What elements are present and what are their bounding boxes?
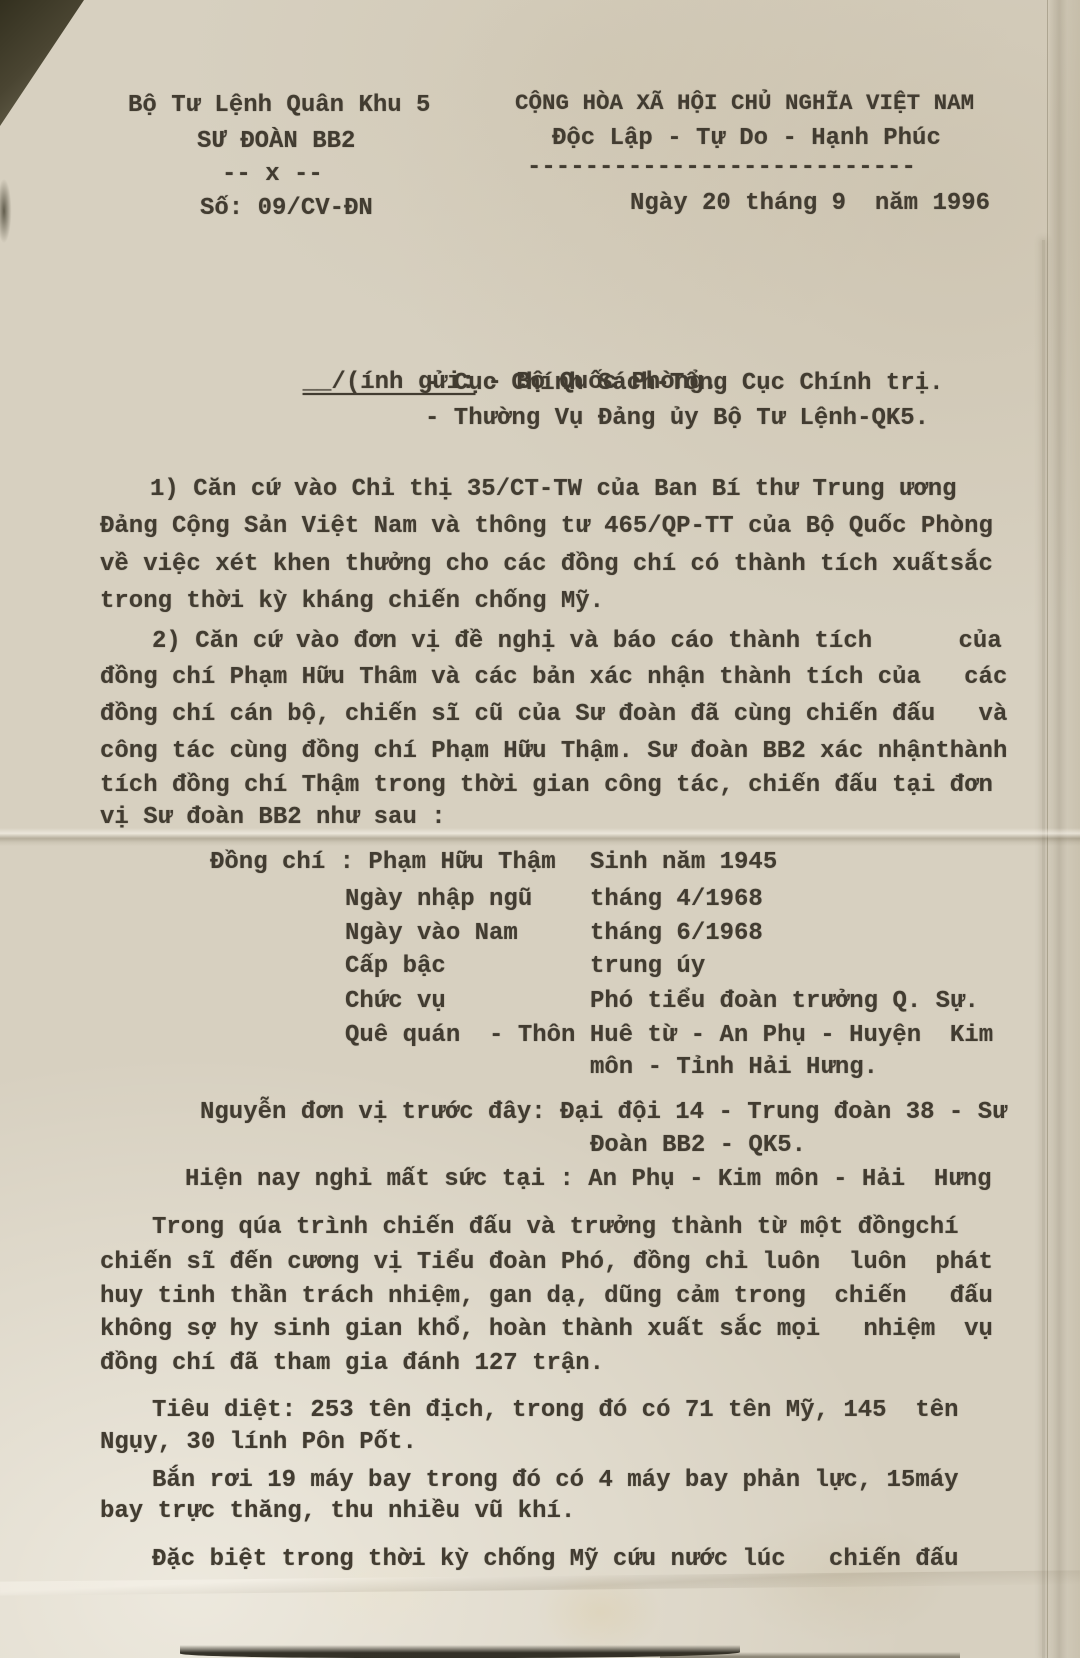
issuing-unit: Bộ Tư Lệnh Quân Khu 5 — [128, 88, 430, 123]
para2-line2: đồng chí Phạm Hữu Thâm và các bản xác nh… — [100, 660, 1007, 695]
separator-mark: -- x -- — [222, 157, 323, 192]
profile-label: Chức vụ — [345, 984, 446, 1019]
para1-line1: 1) Căn cứ vào Chỉ thị 35/CT-TW của Ban B… — [150, 472, 957, 507]
recipients-line: __/(ính gửi:- Bộ Quốc Phòng. — [245, 330, 718, 365]
para3-line5: đồng chí đã tham gia đánh 127 trận. — [100, 1346, 604, 1381]
hometown-line1: Quê quán - Thôn Huê từ - An Phụ - Huyện … — [345, 1018, 993, 1053]
scanned-document: Bộ Tư Lệnh Quân Khu 5 SƯ ĐOÀN BB2 -- x -… — [0, 0, 1080, 1658]
date-line: Ngày 20 tháng 9 năm 1996 — [630, 186, 990, 221]
profile-value: tháng 6/1968 — [590, 916, 763, 951]
profile-row-rank: Cấp bậc trung úy — [0, 949, 1080, 984]
para2-line4: công tác cùng đồng chí Phạm Hữu Thậm. Sư… — [100, 734, 1007, 769]
para1-line3: về việc xét khen thưởng cho các đồng chí… — [100, 547, 993, 582]
para5-line2: bay trực thăng, thu nhiều vũ khí. — [100, 1494, 575, 1529]
para3-line3: huy tinh thần trách nhiệm, gan dạ, dũng … — [100, 1279, 993, 1314]
para3-line2: chiến sĩ đến cương vị Tiểu đoàn Phó, đồn… — [100, 1245, 993, 1280]
hometown-line2: môn - Tỉnh Hải Hưng. — [590, 1050, 878, 1085]
profile-label: Cấp bậc — [345, 949, 446, 984]
profile-row-enlist-date: Ngày nhập ngũ tháng 4/1968 — [0, 882, 1080, 917]
paper-edge-smudge — [0, 168, 14, 254]
profile-value: trung úy — [590, 949, 705, 984]
para5-line1: Bắn rơi 19 máy bay trong đó có 4 máy bay… — [152, 1463, 959, 1498]
para4-line1: Tiêu diệt: 253 tên địch, trong đó có 71 … — [152, 1393, 959, 1428]
profile-label: Ngày vào Nam — [345, 916, 518, 951]
former-unit-line1: Nguyễn đơn vị trước đây: Đại đội 14 - Tr… — [200, 1095, 1007, 1130]
para2-line3: đồng chí cán bộ, chiến sĩ cũ của Sư đoàn… — [100, 697, 1007, 732]
motto-divider: --------------------------- — [527, 150, 916, 185]
para2-line1: 2) Căn cứ vào đơn vị đề nghị và báo cáo … — [152, 624, 1002, 659]
division-name: SƯ ĐOÀN BB2 — [197, 124, 355, 159]
paper-bottom-edge-2 — [660, 1652, 960, 1658]
para3-line4: không sợ hy sinh gian khổ, hoàn thành xu… — [100, 1312, 993, 1347]
para2-line6: vị Sư đoàn BB2 như sau : — [100, 800, 446, 835]
profile-label: Đồng chí : Phạm Hữu Thậm — [210, 845, 556, 880]
paper-bottom-edge — [180, 1645, 740, 1658]
paper-dark-corner — [0, 0, 84, 126]
current-residence: Hiện nay nghỉ mất sức tại : An Phụ - Kim… — [185, 1162, 992, 1197]
profile-value: Sinh năm 1945 — [590, 845, 777, 880]
document-number: Số: 09/CV-ĐN — [200, 191, 373, 226]
profile-row-name: Đồng chí : Phạm Hữu Thậm Sinh năm 1945 — [0, 845, 1080, 880]
national-title: CỘNG HÒA XÃ HỘI CHỦ NGHĨA VIỆT NAM — [515, 86, 974, 121]
recipient-3: - Thường Vụ Đảng ủy Bộ Tư Lệnh-QK5. — [425, 401, 929, 436]
para6-line1: Đặc biệt trong thời kỳ chống Mỹ cứu nước… — [152, 1542, 959, 1577]
profile-value: tháng 4/1968 — [590, 882, 763, 917]
para1-line2: Đảng Cộng Sản Việt Nam và thông tư 465/Q… — [100, 509, 993, 544]
profile-row-south-date: Ngày vào Nam tháng 6/1968 — [0, 916, 1080, 951]
profile-value: Phó tiểu đoàn trưởng Q. Sự. — [590, 984, 979, 1019]
profile-label: Ngày nhập ngũ — [345, 882, 532, 917]
para1-line4: trong thời kỳ kháng chiến chống Mỹ. — [100, 584, 604, 619]
para3-line1: Trong qúa trình chiến đấu và trưởng thàn… — [152, 1210, 959, 1245]
former-unit-line2: Đoàn BB2 - QK5. — [590, 1128, 806, 1163]
para4-line2: Ngụy, 30 lính Pôn Pốt. — [100, 1425, 417, 1460]
recipient-2: - Cục Chính Sách-Tổng Cục Chính trị. — [425, 366, 943, 401]
profile-row-position: Chức vụ Phó tiểu đoàn trưởng Q. Sự. — [0, 984, 1080, 1019]
para2-line5: tích đồng chí Thậm trong thời gian công … — [100, 768, 993, 803]
